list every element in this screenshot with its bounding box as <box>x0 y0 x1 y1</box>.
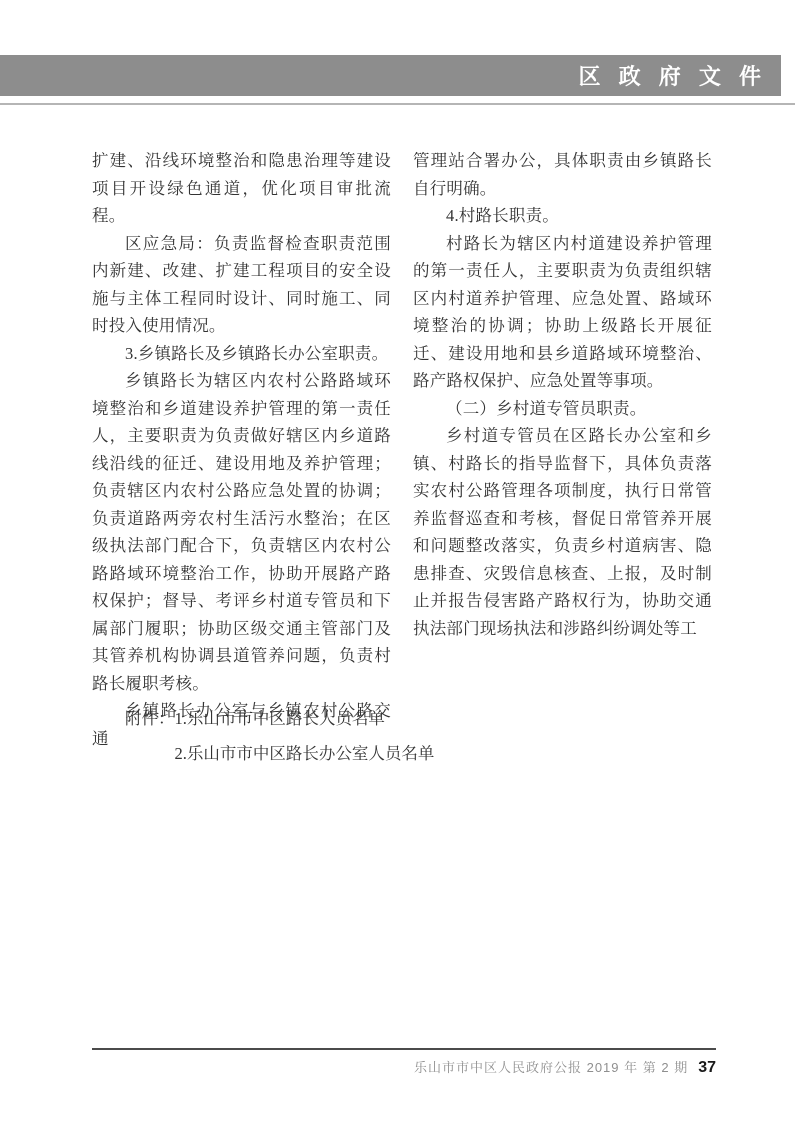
paragraph: 3.乡镇路长及乡镇路长办公室职责。 <box>92 340 391 368</box>
header-divider <box>0 103 795 105</box>
footer: 乐山市市中区人民政府公报 2019 年 第 2 期 37 <box>414 1057 716 1077</box>
attachment-label: 附件： <box>125 701 175 771</box>
right-column: 管理站合署办公，具体职责由乡镇路长自行明确。 4.村路长职责。 村路长为辖区内村… <box>413 147 712 752</box>
footer-publication: 乐山市市中区人民政府公报 2019 年 第 2 期 <box>414 1057 688 1076</box>
header-banner-bar: 区 政 府 文 件 <box>0 55 781 96</box>
attachment-items: 1.乐山市市中区路长人员名单 2.乐山市市中区路长办公室人员名单 <box>175 701 435 771</box>
paragraph: 村路长为辖区内村道建设养护管理的第一责任人，主要职责为负责组织辖区内村道养护管理… <box>413 230 712 395</box>
header-banner-title: 区 政 府 文 件 <box>579 60 767 91</box>
paragraph: 乡镇路长为辖区内农村公路路域环境整治和乡道建设养护管理的第一责任人，主要职责为负… <box>92 367 391 697</box>
attachment-block: 附件： 1.乐山市市中区路长人员名单 2.乐山市市中区路长办公室人员名单 <box>125 701 434 771</box>
paragraph: 管理站合署办公，具体职责由乡镇路长自行明确。 <box>413 147 712 202</box>
paragraph: 乡村道专管员在区路长办公室和乡镇、村路长的指导监督下，具体负责落实农村公路管理各… <box>413 422 712 642</box>
paragraph: 扩建、沿线环境整治和隐患治理等建设项目开设绿色通道，优化项目审批流程。 <box>92 147 391 230</box>
attachment-item: 1.乐山市市中区路长人员名单 <box>175 701 435 736</box>
document-page: 区 政 府 文 件 扩建、沿线环境整治和隐患治理等建设项目开设绿色通道，优化项目… <box>0 0 800 1131</box>
page-number: 37 <box>698 1059 716 1077</box>
paragraph: 4.村路长职责。 <box>413 202 712 230</box>
footer-divider <box>92 1048 716 1050</box>
paragraph: 区应急局：负责监督检查职责范围内新建、改建、扩建工程项目的安全设施与主体工程同时… <box>92 230 391 340</box>
document-body: 扩建、沿线环境整治和隐患治理等建设项目开设绿色通道，优化项目审批流程。 区应急局… <box>92 147 712 752</box>
left-column: 扩建、沿线环境整治和隐患治理等建设项目开设绿色通道，优化项目审批流程。 区应急局… <box>92 147 391 752</box>
paragraph: （二）乡村道专管员职责。 <box>413 395 712 423</box>
attachment-item: 2.乐山市市中区路长办公室人员名单 <box>175 736 435 771</box>
